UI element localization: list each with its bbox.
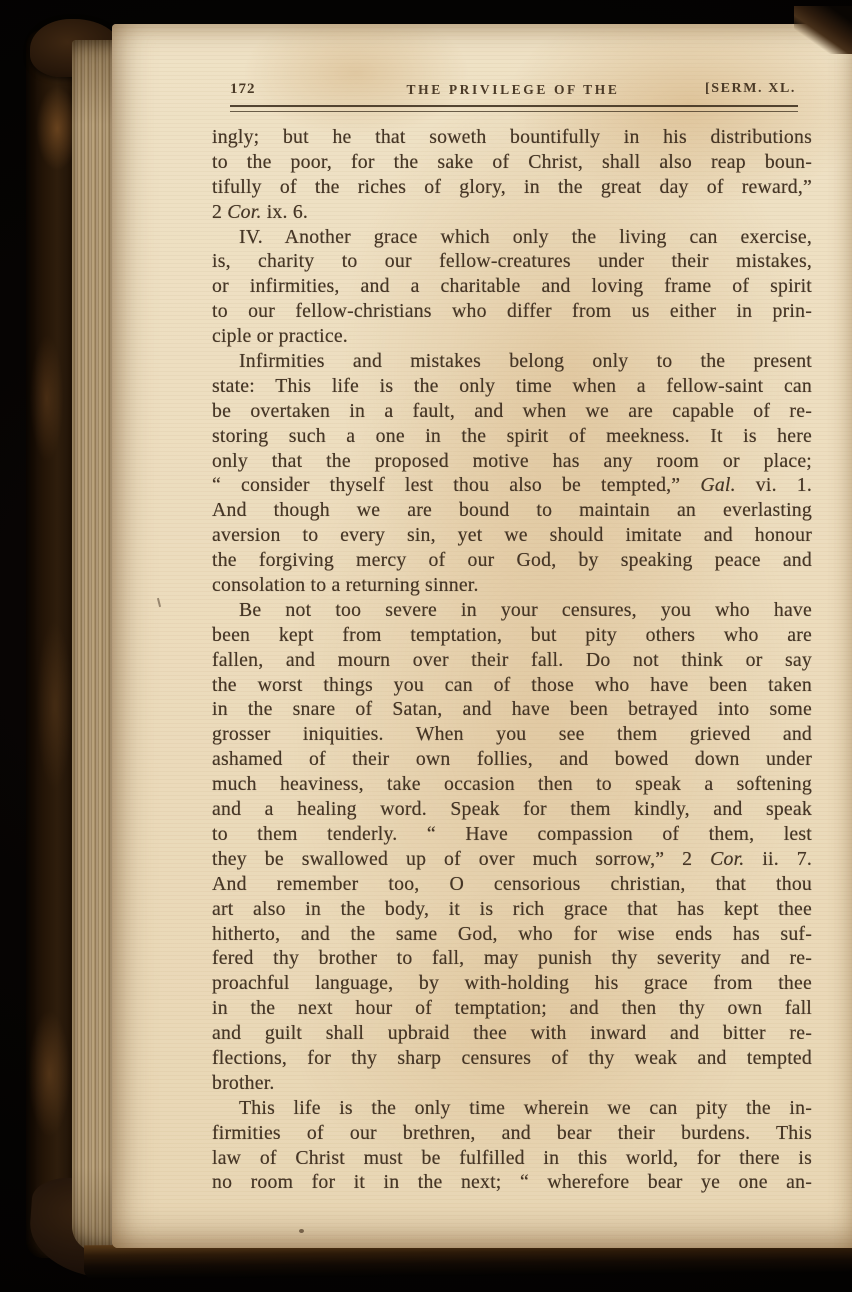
text-line: no room for it in the next; “ wherefore … xyxy=(212,1170,812,1195)
text-line: and a healing word. Speak for them kindl… xyxy=(212,797,812,822)
text-line: 2 Cor. ix. 6. xyxy=(212,200,812,225)
text-line: grosser iniquities. When you see them gr… xyxy=(212,722,812,747)
ink-speck xyxy=(299,1229,304,1233)
body-text: ingly; but he that soweth bountifully in… xyxy=(212,125,812,1195)
text-line: in the next hour of temptation; and then… xyxy=(212,996,812,1021)
text-line: IV. Another grace which only the living … xyxy=(212,225,812,250)
text-line: the forgiving mercy of our God, by speak… xyxy=(212,548,812,573)
text-line: Be not too severe in your censures, you … xyxy=(212,598,812,623)
text-line: to the poor, for the sake of Christ, sha… xyxy=(212,150,812,175)
text-line: to them tenderly. “ Have compassion of t… xyxy=(212,822,812,847)
book-page: 172 THE PRIVILEGE OF THE [SERM. XL. ingl… xyxy=(112,24,852,1248)
text-line: brother. xyxy=(212,1071,812,1096)
text-line: firmities of our brethren, and bear thei… xyxy=(212,1121,812,1146)
text-line: art also in the body, it is rich grace t… xyxy=(212,897,812,922)
text-line: is, charity to our fellow-creatures unde… xyxy=(212,249,812,274)
page-edges xyxy=(72,40,116,1252)
text-line: “ consider thyself lest thou also be tem… xyxy=(212,473,812,498)
text-line: consolation to a returning sinner. xyxy=(212,573,812,598)
text-line: law of Christ must be fulfilled in this … xyxy=(212,1146,812,1171)
text-line: This life is the only time wherein we ca… xyxy=(212,1096,812,1121)
book-photo-scene: 172 THE PRIVILEGE OF THE [SERM. XL. ingl… xyxy=(0,0,852,1292)
text-line: storing such a one in the spirit of meek… xyxy=(212,424,812,449)
text-line: much heaviness, take occasion then to sp… xyxy=(212,772,812,797)
text-line: fered thy brother to fall, may punish th… xyxy=(212,946,812,971)
sermon-reference: [SERM. XL. xyxy=(705,81,796,97)
text-line: ingly; but he that soweth bountifully in… xyxy=(212,125,812,150)
text-line: And remember too, O censorious christian… xyxy=(212,872,812,897)
text-line: flections, for thy sharp censures of thy… xyxy=(212,1046,812,1071)
text-line: the worst things you can of those who ha… xyxy=(212,673,812,698)
text-line: ashamed of their own follies, and bowed … xyxy=(212,747,812,772)
text-line: been kept from temptation, but pity othe… xyxy=(212,623,812,648)
text-line: tifully of the riches of glory, in the g… xyxy=(212,175,812,200)
book-spine-leather xyxy=(26,30,78,1258)
header-double-rule xyxy=(230,105,798,112)
text-line: ciple or practice. xyxy=(212,324,812,349)
text-line: fallen, and mourn over their fall. Do no… xyxy=(212,648,812,673)
text-line: in the snare of Satan, and have been bet… xyxy=(212,697,812,722)
text-line: or infirmities, and a charitable and lov… xyxy=(212,274,812,299)
page-header: 172 THE PRIVILEGE OF THE [SERM. XL. xyxy=(230,81,796,103)
text-line: hitherto, and the same God, who for wise… xyxy=(212,922,812,947)
text-line: and guilt shall upbraid thee with inward… xyxy=(212,1021,812,1046)
text-line: And though we are bound to maintain an e… xyxy=(212,498,812,523)
text-line: proachful language, by with-holding his … xyxy=(212,971,812,996)
text-line: only that the proposed motive has any ro… xyxy=(212,449,812,474)
text-line: to our fellow-christians who differ from… xyxy=(212,299,812,324)
text-line: Infirmities and mistakes belong only to … xyxy=(212,349,812,374)
text-line: they be swallowed up of over much sorrow… xyxy=(212,847,812,872)
text-line: be overtaken in a fault, and when we are… xyxy=(212,399,812,424)
margin-mark xyxy=(157,598,161,607)
text-line: state: This life is the only time when a… xyxy=(212,374,812,399)
text-line: aversion to every sin, yet we should imi… xyxy=(212,523,812,548)
